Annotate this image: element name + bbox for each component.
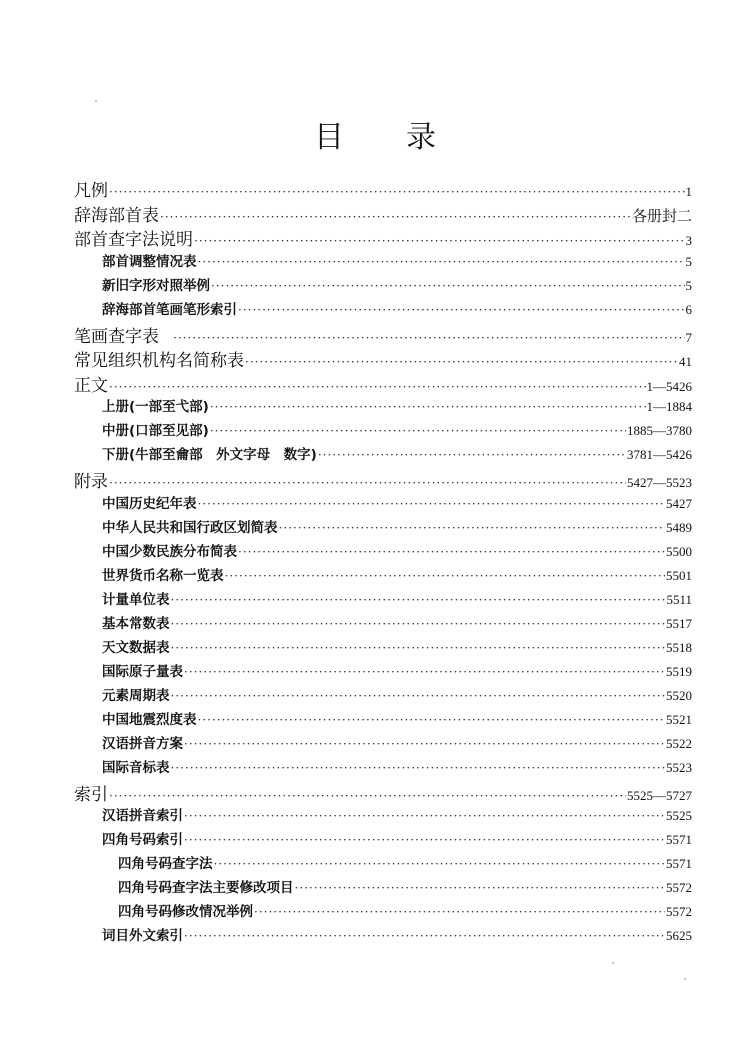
toc-entry-label: 汉语拼音索引	[102, 804, 183, 824]
dot-leader	[210, 400, 646, 414]
toc-entry[interactable]: 世界货币名称一览表5501	[74, 564, 692, 588]
dot-leader	[198, 497, 666, 511]
toc-entry[interactable]: 计量单位表5511	[74, 588, 692, 612]
toc-entry-page: 5518	[666, 640, 692, 656]
toc-entry-page: 5625	[666, 928, 692, 944]
dot-leader	[245, 355, 678, 369]
dot-leader	[184, 929, 665, 943]
toc-entry-label: 部首调整情况表	[102, 250, 197, 270]
toc-entry-page: 5489	[666, 520, 692, 536]
toc-entry-page: 5519	[666, 664, 692, 680]
dot-leader	[254, 905, 665, 919]
toc-entry-label: 附录	[74, 467, 108, 492]
toc-entry-page: 各册封二	[632, 205, 692, 226]
title-char-2: 录	[406, 112, 436, 156]
dot-leader	[198, 713, 666, 727]
toc-entry-label: 四角号码修改情况举例	[118, 900, 253, 920]
toc-entry-page: 5501	[666, 568, 692, 584]
dot-leader	[171, 761, 666, 775]
toc-entry-page: 3	[686, 233, 693, 249]
toc-entry[interactable]: 汉语拼音方案5522	[74, 732, 692, 756]
dot-leader	[295, 881, 666, 895]
toc-entry-page: 5521	[666, 712, 692, 728]
dot-leader	[194, 234, 685, 248]
toc-entry[interactable]: 笔画查字表7	[74, 322, 692, 347]
toc-entry[interactable]: 中华人民共和国行政区划简表5489	[74, 516, 692, 540]
toc-entry[interactable]: 国际原子量表5519	[74, 660, 692, 684]
scan-speck	[684, 978, 686, 980]
toc-entry-page: 1—1884	[647, 399, 693, 415]
toc-entry[interactable]: 词目外文索引5625	[74, 924, 692, 948]
toc-entry-page: 1	[686, 184, 693, 200]
dot-leader	[171, 617, 666, 631]
dot-leader	[214, 857, 666, 871]
dot-leader	[109, 380, 646, 394]
toc-entry-page: 5	[686, 278, 693, 294]
dot-leader	[184, 737, 665, 751]
dot-leader	[211, 279, 685, 293]
toc-entry-label: 辞海部首表	[74, 201, 159, 226]
toc-entry-label: 四角号码索引	[102, 828, 183, 848]
scan-speck	[95, 100, 97, 102]
toc-entry[interactable]: 正文1—5426	[74, 371, 692, 396]
toc-entry-label: 常见组织机构名简称表	[74, 346, 244, 371]
toc-entry-page: 5523	[666, 760, 692, 776]
toc-entry-page: 5511	[666, 592, 692, 608]
toc-entry-page: 5520	[666, 688, 692, 704]
page-title: 目录	[0, 112, 750, 156]
dot-leader	[109, 185, 685, 199]
toc-entry-label: 四角号码查字法主要修改项目	[118, 876, 294, 896]
toc-entry-label: 中国少数民族分布简表	[102, 540, 237, 560]
toc-entry-label: 正文	[74, 371, 108, 396]
toc-entry-page: 41	[679, 354, 692, 370]
toc-entry-label: 部首查字法说明	[74, 225, 193, 250]
dot-leader	[198, 255, 685, 269]
toc-entry-page: 3781—5426	[627, 447, 692, 463]
dot-leader	[160, 210, 631, 224]
toc-entry[interactable]: 新旧字形对照举例5	[74, 274, 692, 298]
toc-entry-label: 国际音标表	[102, 756, 170, 776]
toc-entry[interactable]: 中国地震烈度表5521	[74, 708, 692, 732]
dot-leader	[225, 569, 666, 583]
toc-entry-label: 笔画查字表	[74, 322, 159, 347]
dot-leader	[173, 331, 685, 345]
toc-entry-page: 5571	[666, 832, 692, 848]
toc-entry-page: 7	[686, 330, 693, 346]
dot-leader	[184, 833, 665, 847]
dot-leader	[279, 521, 666, 535]
toc-entry-label: 世界货币名称一览表	[102, 564, 224, 584]
toc-entry-page: 5500	[666, 544, 692, 560]
toc-entry[interactable]: 中册(口部至见部)1885—3780	[74, 419, 692, 443]
toc-entry[interactable]: 索引5525—5727	[74, 780, 692, 805]
toc-entry[interactable]: 上册(一部至弋部)1—1884	[74, 395, 692, 419]
toc-entry[interactable]: 元素周期表5520	[74, 684, 692, 708]
scan-speck	[612, 962, 614, 964]
toc-entry[interactable]: 国际音标表5523	[74, 756, 692, 780]
toc-entry-label: 国际原子量表	[102, 660, 183, 680]
dot-leader	[109, 789, 626, 803]
toc-entry-page: 1885—3780	[627, 423, 692, 439]
dot-leader	[109, 476, 626, 490]
toc-entry[interactable]: 四角号码修改情况举例5572	[74, 900, 692, 924]
toc-entry-label: 辞海部首笔画笔形索引	[102, 298, 237, 318]
table-of-contents: 凡例1 辞海部首表各册封二 部首查字法说明3 部首调整情况表5 新旧字形对照举例…	[74, 176, 692, 948]
toc-entry-label: 计量单位表	[102, 588, 170, 608]
toc-entry-page: 5427	[666, 496, 692, 512]
toc-entry-label: 中华人民共和国行政区划简表	[102, 516, 278, 536]
toc-entry-label: 新旧字形对照举例	[102, 274, 210, 294]
dot-leader	[318, 448, 626, 462]
toc-entry[interactable]: 常见组织机构名简称表41	[74, 346, 692, 371]
toc-entry-label: 索引	[74, 780, 108, 805]
toc-entry-page: 1—5426	[647, 379, 693, 395]
toc-entry-page: 5525	[666, 808, 692, 824]
toc-entry[interactable]: 四角号码索引5571	[74, 828, 692, 852]
toc-entry-page: 5525—5727	[627, 788, 692, 804]
toc-entry-page: 5572	[666, 880, 692, 896]
toc-entry[interactable]: 基本常数表5517	[74, 612, 692, 636]
dot-leader	[184, 809, 665, 823]
toc-entry-label: 凡例	[74, 176, 108, 201]
dot-leader	[210, 424, 626, 438]
toc-entry[interactable]: 辞海部首笔画笔形索引6	[74, 298, 692, 322]
toc-entry-label: 下册(牛部至龠部 外文字母 数字)	[102, 443, 317, 463]
toc-entry[interactable]: 部首调整情况表5	[74, 250, 692, 274]
toc-entry[interactable]: 下册(牛部至龠部 外文字母 数字)3781—5426	[74, 443, 692, 467]
dot-leader	[171, 641, 666, 655]
toc-entry-page: 5571	[666, 856, 692, 872]
toc-entry[interactable]: 中国历史纪年表5427	[74, 492, 692, 516]
toc-entry[interactable]: 附录5427—5523	[74, 467, 692, 492]
dot-leader	[171, 593, 666, 607]
toc-entry-page: 5427—5523	[627, 475, 692, 491]
toc-entry[interactable]: 中国少数民族分布简表5500	[74, 540, 692, 564]
dot-leader	[238, 545, 665, 559]
dot-leader	[184, 665, 665, 679]
toc-entry-label: 中国地震烈度表	[102, 708, 197, 728]
toc-entry-page: 5	[686, 254, 693, 270]
toc-entry[interactable]: 四角号码查字法主要修改项目5572	[74, 876, 692, 900]
toc-entry-label: 中册(口部至见部)	[102, 419, 209, 439]
toc-entry-label: 天文数据表	[102, 636, 170, 656]
toc-entry-label: 汉语拼音方案	[102, 732, 183, 752]
toc-entry-page: 5572	[666, 904, 692, 920]
toc-entry[interactable]: 四角号码查字法5571	[74, 852, 692, 876]
toc-entry[interactable]: 汉语拼音索引5525	[74, 804, 692, 828]
toc-entry-page: 5517	[666, 616, 692, 632]
toc-entry[interactable]: 凡例1	[74, 176, 692, 201]
toc-entry-label: 元素周期表	[102, 684, 170, 704]
dot-leader	[238, 303, 685, 317]
toc-entry[interactable]: 部首查字法说明3	[74, 225, 692, 250]
toc-entry[interactable]: 天文数据表5518	[74, 636, 692, 660]
title-char-1: 目	[314, 112, 344, 156]
toc-entry-label: 上册(一部至弋部)	[102, 395, 209, 415]
toc-entry-label: 词目外文索引	[102, 924, 183, 944]
toc-entry-label: 中国历史纪年表	[102, 492, 197, 512]
toc-entry-page: 5522	[666, 736, 692, 752]
toc-entry-label: 四角号码查字法	[118, 852, 213, 872]
toc-entry-page: 6	[686, 302, 693, 318]
toc-entry-label: 基本常数表	[102, 612, 170, 632]
toc-entry[interactable]: 辞海部首表各册封二	[74, 201, 692, 226]
dot-leader	[171, 689, 666, 703]
